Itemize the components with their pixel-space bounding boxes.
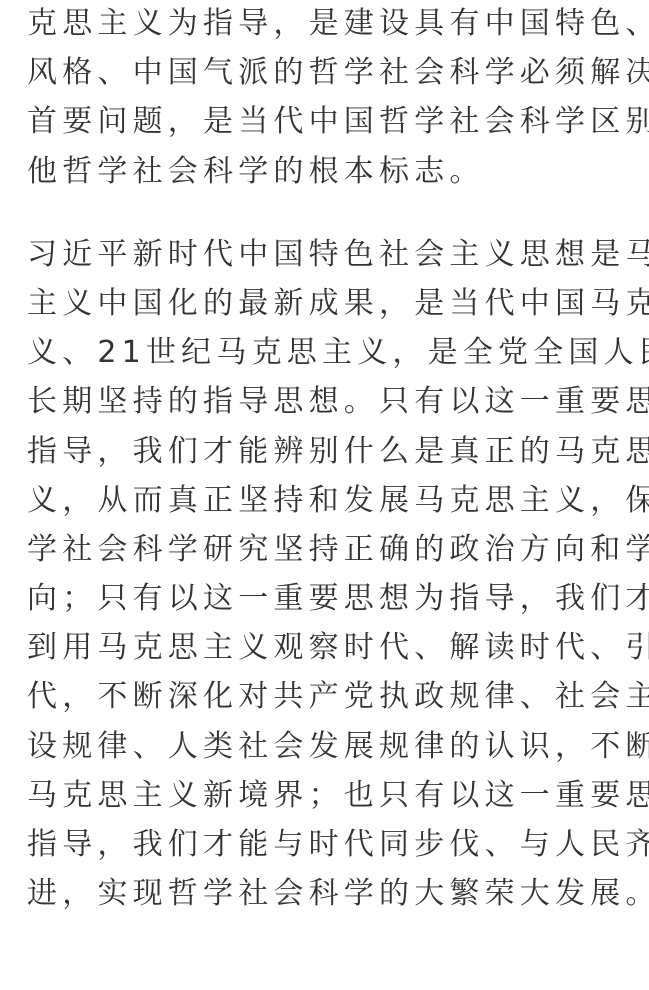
text-line: 首要问题，是当代中国哲学社会科学区别于其 — [27, 97, 627, 146]
text-line: 马克思主义新境界；也只有以这一重要思想为 — [27, 771, 627, 820]
text-line: 学社会科学研究坚持正确的政治方向和学术导 — [27, 525, 627, 574]
text-line: 义，从而真正坚持和发展马克思主义，保证哲 — [27, 476, 627, 525]
text-line: 他哲学社会科学的根本标志。 — [27, 147, 627, 196]
article-body: 克思主义为指导，是建设具有中国特色、中国 风格、中国气派的哲学社会科学必须解决好… — [27, 0, 627, 918]
text-line: 义、21世纪马克思主义，是全党全国人民必须 — [27, 328, 627, 377]
text-line: 指导，我们才能与时代同步伐、与人民齐奋 — [27, 820, 627, 869]
text-line: 克思主义为指导，是建设具有中国特色、中国 — [27, 0, 627, 48]
text-line: 代，不断深化对共产党执政规律、社会主义建 — [27, 672, 627, 721]
text-line: 设规律、人类社会发展规律的认识，不断开辟 — [27, 722, 627, 771]
text-line: 风格、中国气派的哲学社会科学必须解决好的 — [27, 48, 627, 97]
text-line: 向；只有以这一重要思想为指导，我们才能做 — [27, 574, 627, 623]
text-line: 进，实现哲学社会科学的大繁荣大发展。 — [27, 869, 627, 918]
text-line: 习近平新时代中国特色社会主义思想是马克思 — [27, 230, 627, 279]
text-line: 长期坚持的指导思想。只有以这一重要思想为 — [27, 377, 627, 426]
text-line: 到用马克思主义观察时代、解读时代、引领时 — [27, 623, 627, 672]
text-line: 指导，我们才能辨别什么是真正的马克思主 — [27, 427, 627, 476]
text-line: 主义中国化的最新成果，是当代中国马克思主 — [27, 279, 627, 328]
paragraph-1: 克思主义为指导，是建设具有中国特色、中国 风格、中国气派的哲学社会科学必须解决好… — [27, 0, 627, 196]
paragraph-2: 习近平新时代中国特色社会主义思想是马克思 主义中国化的最新成果，是当代中国马克思… — [27, 230, 627, 919]
